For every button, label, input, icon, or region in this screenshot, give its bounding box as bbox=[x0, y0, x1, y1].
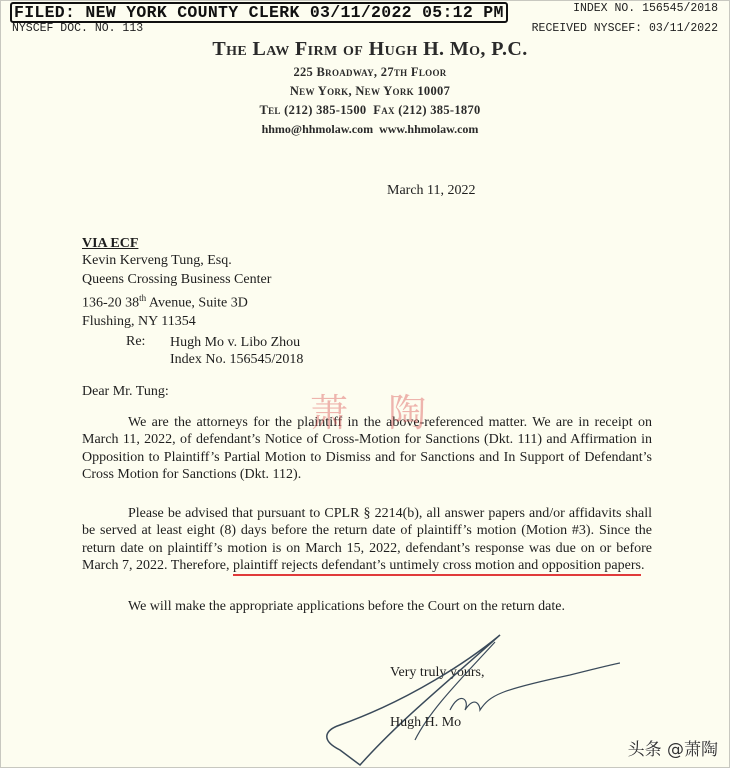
re-label: Re: bbox=[126, 334, 145, 350]
firm-phone-fax: Tel (212) 385-1500 Fax (212) 385-1870 bbox=[190, 103, 550, 118]
letterhead: The Law Firm of Hugh H. Mo, P.C. 225 Bro… bbox=[190, 38, 550, 137]
firm-contact: hhmo@hhmolaw.com www.hhmolaw.com bbox=[190, 122, 550, 137]
re-block: Hugh Mo v. Libo Zhou Index No. 156545/20… bbox=[170, 334, 303, 368]
highlighted-rejection: plaintiff rejects defendant’s untimely c… bbox=[233, 558, 641, 576]
delivery-method: VIA ECF bbox=[82, 236, 138, 252]
recipient-address: Kevin Kerveng Tung, Esq. Queens Crossing… bbox=[82, 252, 271, 332]
salutation: Dear Mr. Tung: bbox=[82, 384, 169, 400]
source-tag: 头条 @萧陶 bbox=[628, 735, 718, 760]
recipient-org: Queens Crossing Business Center bbox=[82, 271, 271, 290]
recipient-street: 136-20 38th Avenue, Suite 3D bbox=[82, 289, 271, 313]
filed-stamp: FILED: NEW YORK COUNTY CLERK 03/11/2022 … bbox=[10, 2, 508, 23]
firm-name: The Law Firm of Hugh H. Mo, P.C. bbox=[190, 38, 550, 61]
case-index: Index No. 156545/2018 bbox=[170, 351, 303, 368]
firm-address-line2: New York, New York 10007 bbox=[190, 84, 550, 99]
nyscef-doc-number: NYSCEF DOC. NO. 113 bbox=[12, 22, 143, 35]
paragraph-applications: We will make the appropriate application… bbox=[82, 598, 652, 615]
closing: Very truly yours, bbox=[390, 665, 485, 681]
recipient-name: Kevin Kerveng Tung, Esq. bbox=[82, 252, 271, 271]
firm-address-line1: 225 Broadway, 27th Floor bbox=[190, 65, 550, 80]
paragraph-rejection: Please be advised that pursuant to CPLR … bbox=[82, 505, 652, 574]
case-caption: Hugh Mo v. Libo Zhou bbox=[170, 334, 303, 351]
signer-name: Hugh H. Mo bbox=[390, 715, 461, 731]
paragraph-receipt: We are the attorneys for the plaintiff i… bbox=[82, 414, 652, 483]
signature-icon bbox=[320, 630, 620, 768]
received-date: RECEIVED NYSCEF: 03/11/2022 bbox=[532, 22, 718, 35]
index-number: INDEX NO. 156545/2018 bbox=[573, 2, 718, 15]
letter-date: March 11, 2022 bbox=[387, 183, 476, 199]
recipient-city: Flushing, NY 11354 bbox=[82, 313, 271, 332]
